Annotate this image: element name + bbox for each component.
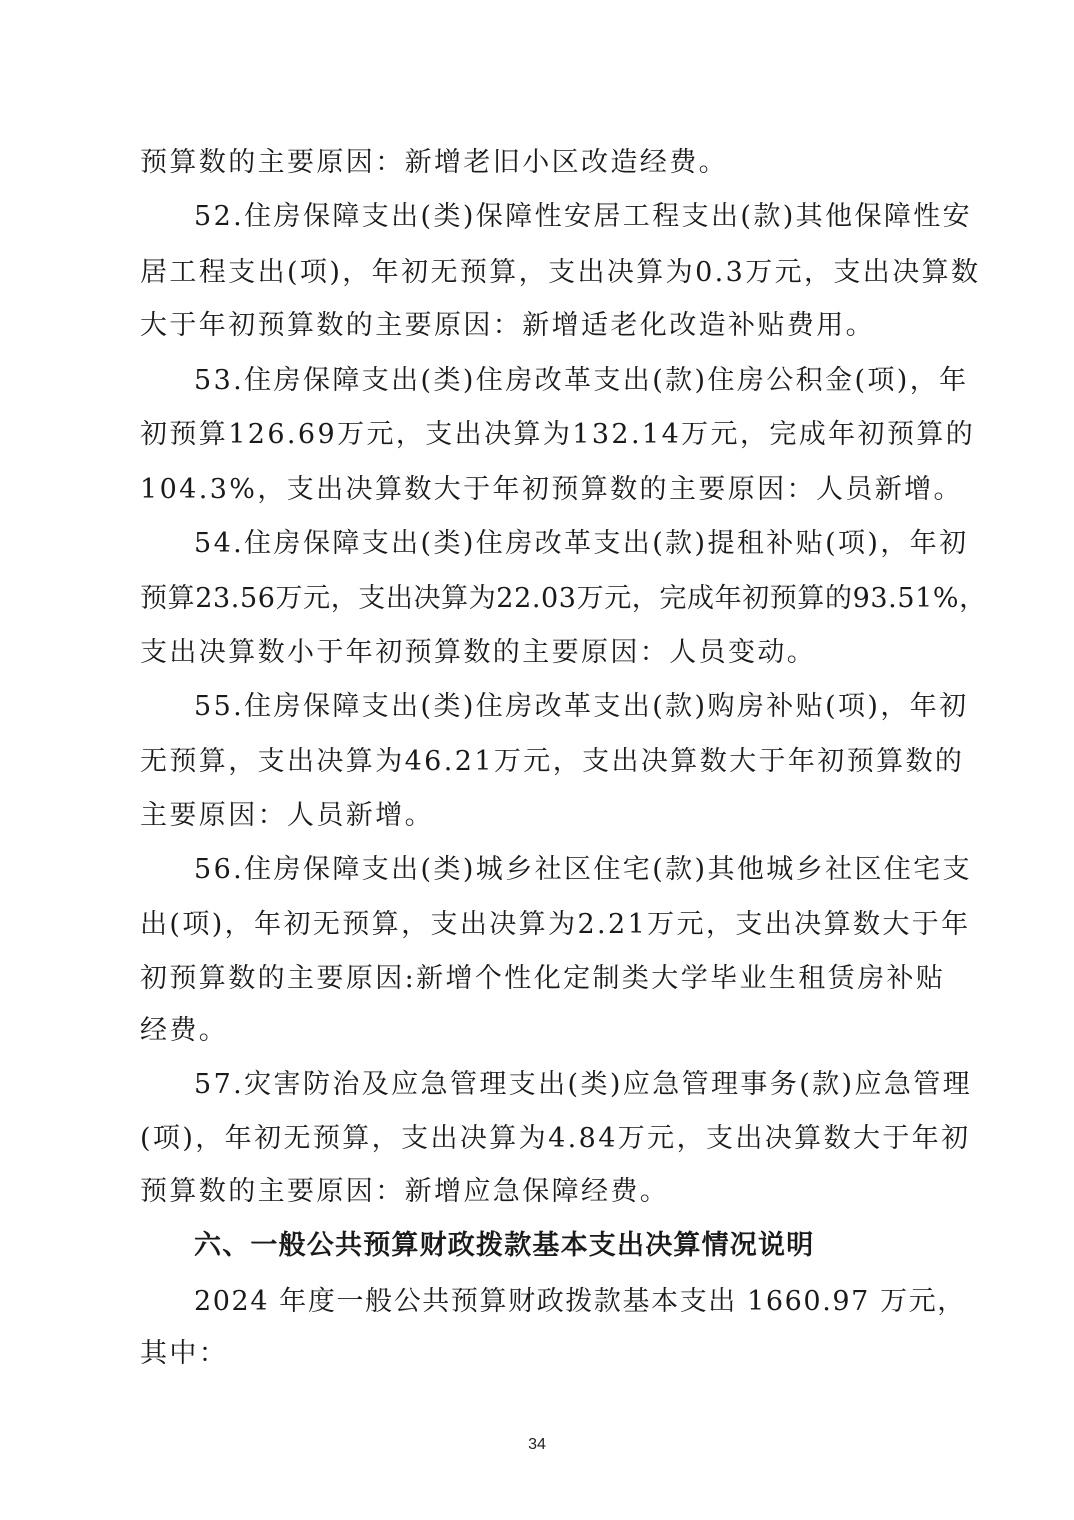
item-54-line-3: 支出决算数小于年初预算数的主要原因：人员变动。: [140, 635, 934, 671]
item-53-line-2: 初预算126.69万元，支出决算为132.14万元，完成年初预算的: [140, 417, 934, 453]
item-56-line-1: 56.住房保障支出(类)城乡社区住宅(款)其他城乡社区住宅支: [194, 852, 934, 888]
item-52-line-3: 大于年初预算数的主要原因：新增适老化改造补贴费用。: [140, 308, 934, 344]
summary-line-1: 2024 年度一般公共预算财政拨款基本支出 1660.97 万元，: [194, 1284, 934, 1320]
document-page: 预算数的主要原因：新增老旧小区改造经费。 52.住房保障支出(类)保障性安居工程…: [0, 0, 1074, 1520]
item-52-line-2: 居工程支出(项)，年初无预算，支出决算为0.3万元，支出决算数: [140, 255, 934, 291]
item-54-line-1: 54.住房保障支出(类)住房改革支出(款)提租补贴(项)，年初: [194, 526, 934, 562]
item-54-line-2: 预算23.56万元，支出决算为22.03万元，完成年初预算的93.51%，: [140, 581, 934, 617]
paragraph-51-tail: 预算数的主要原因：新增老旧小区改造经费。: [140, 145, 934, 181]
item-57-line-1: 57.灾害防治及应急管理支出(类)应急管理事务(款)应急管理: [194, 1067, 934, 1103]
item-57-line-2: (项)，年初无预算，支出决算为4.84万元，支出决算数大于年初: [140, 1121, 934, 1157]
item-56-line-4: 经费。: [140, 1013, 934, 1049]
item-53-line-1: 53.住房保障支出(类)住房改革支出(款)住房公积金(项)，年: [194, 363, 934, 399]
page-number: 34: [0, 1436, 1074, 1454]
item-55-line-1: 55.住房保障支出(类)住房改革支出(款)购房补贴(项)，年初: [194, 689, 934, 725]
item-55-line-3: 主要原因：人员新增。: [140, 798, 934, 834]
summary-line-2: 其中：: [140, 1336, 934, 1372]
item-56-line-2: 出(项)，年初无预算，支出决算为2.21万元，支出决算数大于年: [140, 907, 934, 943]
item-52-line-1: 52.住房保障支出(类)保障性安居工程支出(款)其他保障性安: [194, 199, 934, 235]
item-57-line-3: 预算数的主要原因：新增应急保障经费。: [140, 1174, 934, 1210]
section-heading-6: 六、一般公共预算财政拨款基本支出决算情况说明: [194, 1228, 934, 1264]
item-53-line-3: 104.3%，支出决算数大于年初预算数的主要原因：人员新增。: [140, 472, 934, 508]
item-56-line-3: 初预算数的主要原因:新增个性化定制类大学毕业生租赁房补贴: [140, 961, 934, 997]
item-55-line-2: 无预算，支出决算为46.21万元，支出决算数大于年初预算数的: [140, 744, 934, 780]
